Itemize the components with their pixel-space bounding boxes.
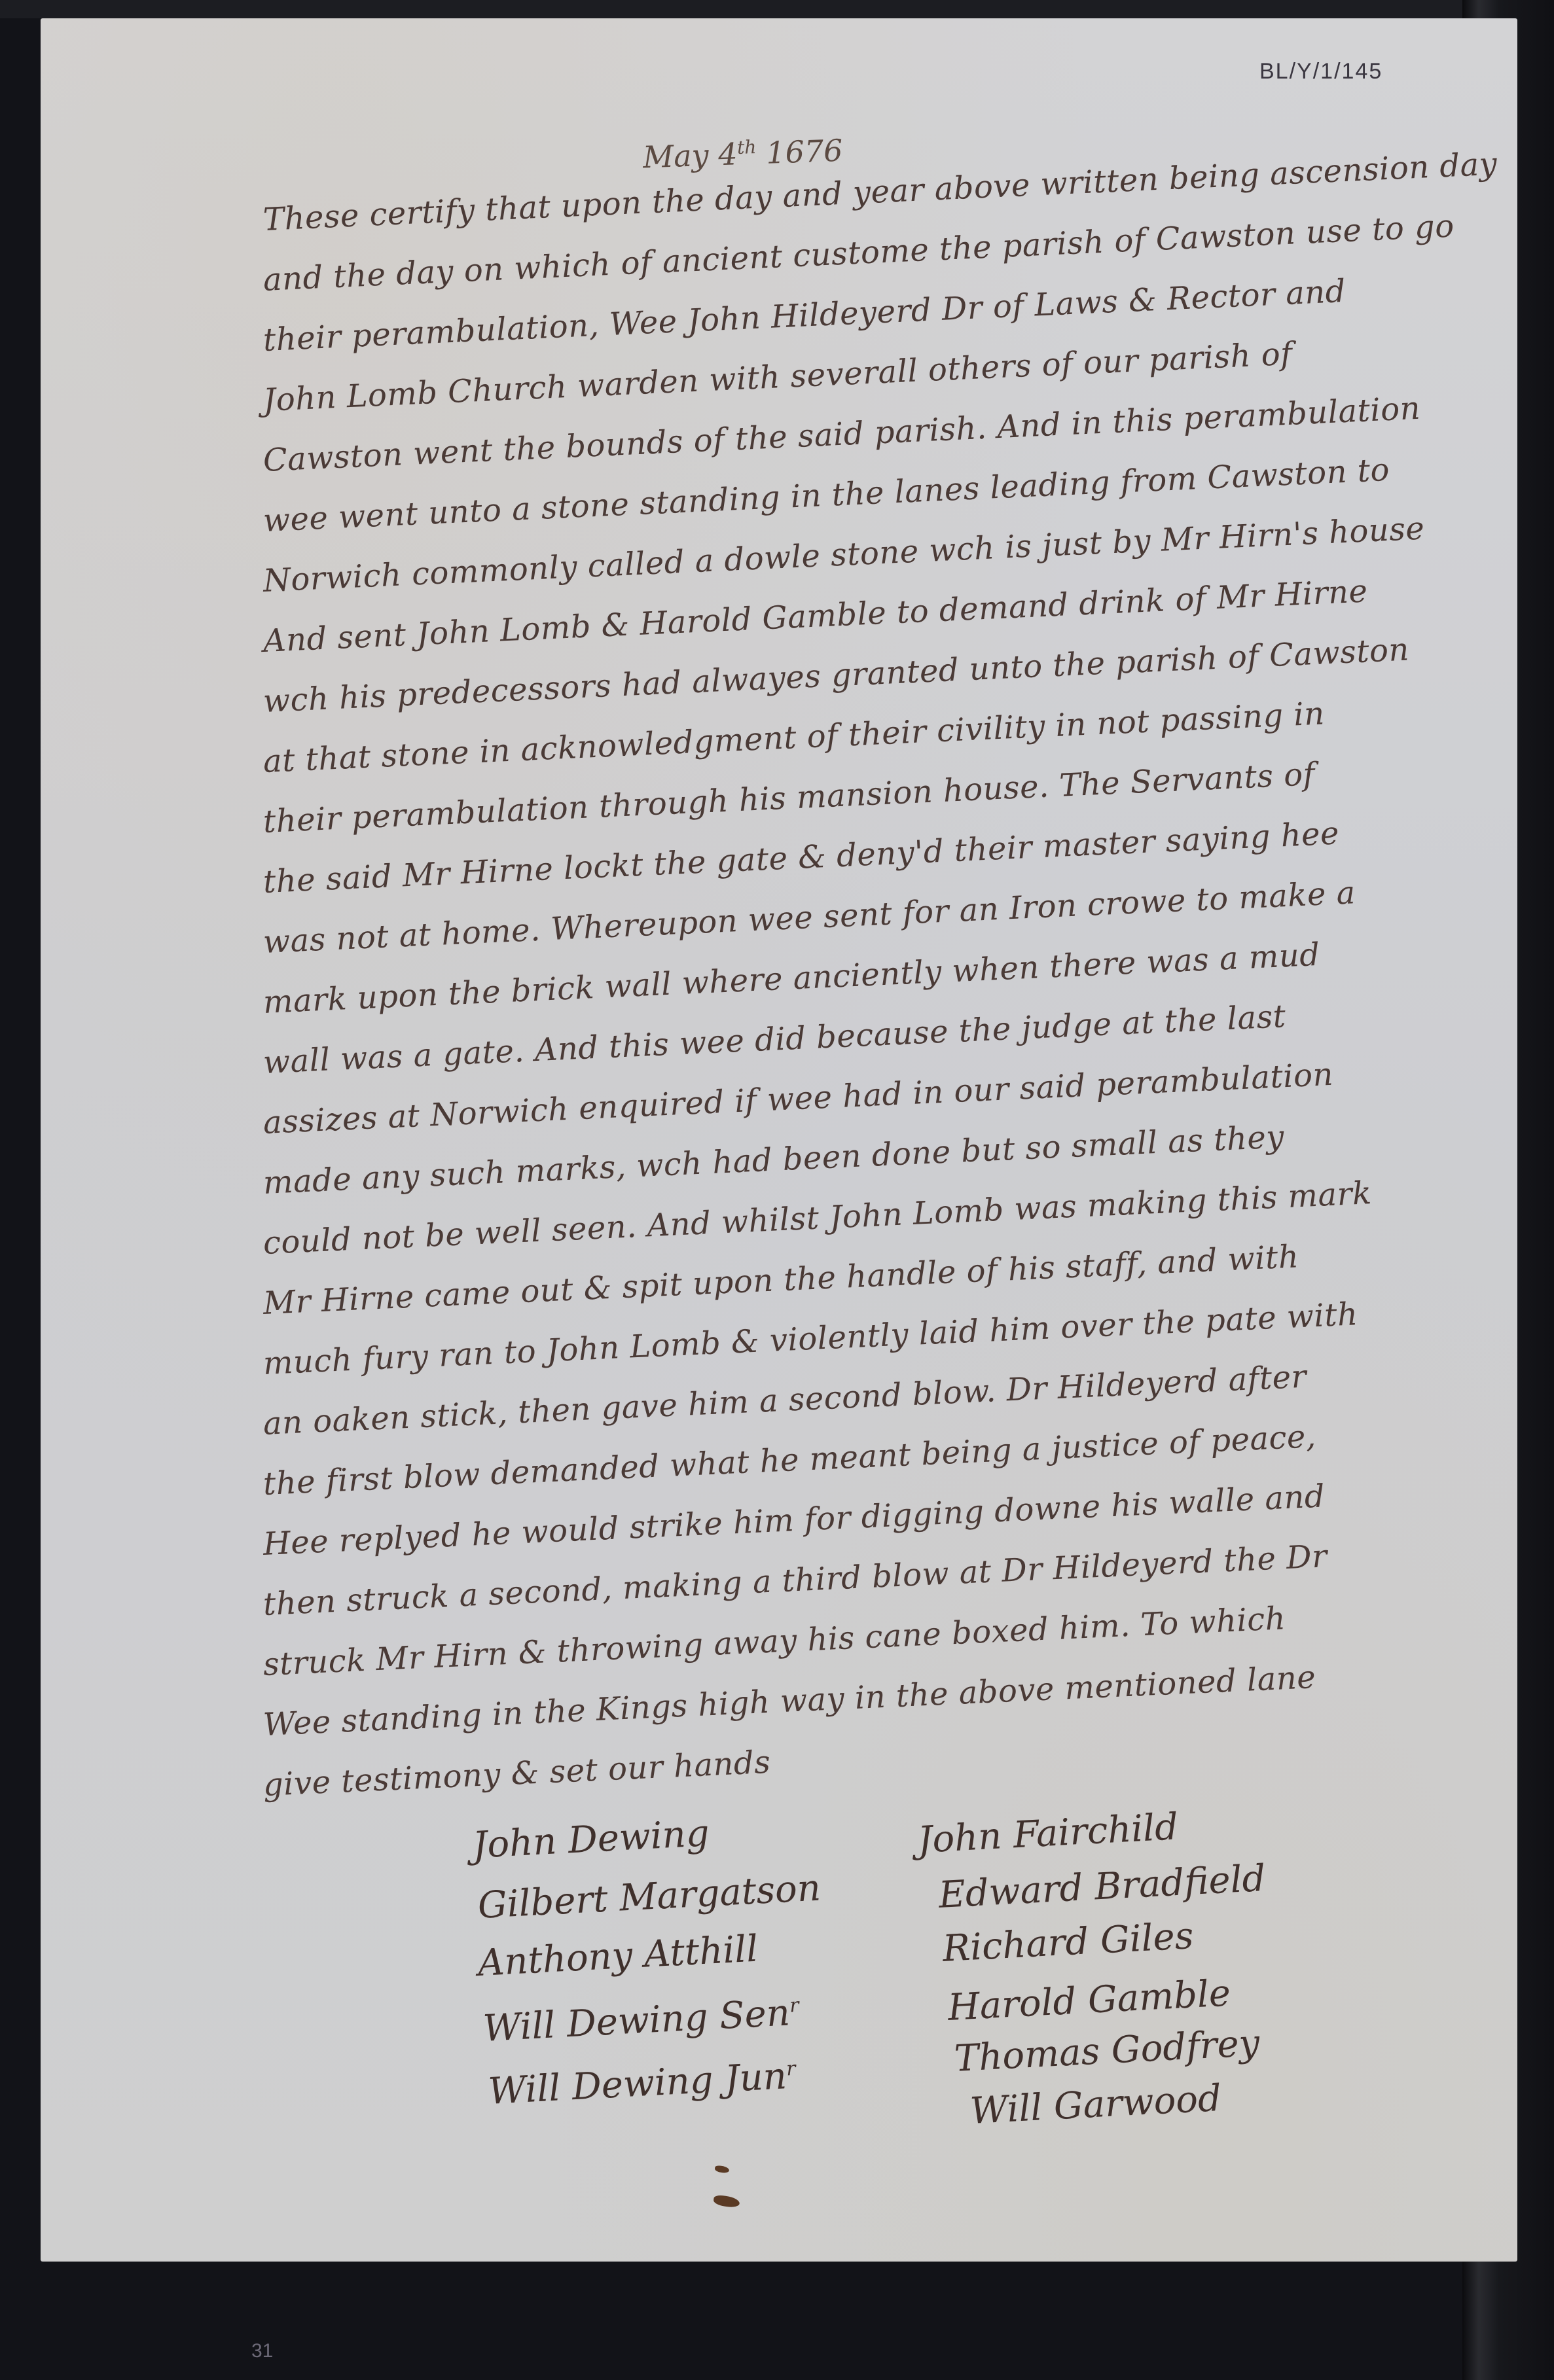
signature: Will Dewing Junr: [487, 2054, 797, 2113]
signature: Anthony Atthill: [477, 1928, 759, 1985]
manuscript-page: BL/Y/1/145 May 4th 1676 These certify th…: [41, 18, 1517, 2262]
signature: Harold Gamble: [947, 1972, 1231, 2029]
ink-blot: [713, 2194, 740, 2208]
signature: Will Garwood: [969, 2077, 1222, 2133]
document-scan: BL/Y/1/145 May 4th 1676 These certify th…: [0, 0, 1554, 2380]
signature: John Dewing: [471, 1812, 710, 1867]
scan-background-top: [0, 0, 1554, 18]
signature: Edward Bradfield: [937, 1857, 1267, 1917]
date-heading: May 4th 1676: [642, 133, 843, 175]
date-heading-year: 1676: [765, 133, 843, 171]
ink-blot: [714, 2165, 729, 2174]
signature: John Fairchild: [916, 1805, 1179, 1862]
body-line: give testimony & set our hands: [262, 1744, 772, 1803]
signature: Gilbert Margatson: [477, 1867, 822, 1927]
archive-reference-number: BL/Y/1/145: [1259, 59, 1382, 84]
folio-number: 31: [251, 2340, 273, 2362]
date-heading-day: May 4: [642, 136, 738, 175]
signature: Richard Giles: [941, 1915, 1195, 1970]
signature: Thomas Godfrey: [953, 2022, 1260, 2080]
date-heading-ordinal: th: [736, 136, 756, 158]
signature: Will Dewing Senr: [482, 1991, 800, 2050]
